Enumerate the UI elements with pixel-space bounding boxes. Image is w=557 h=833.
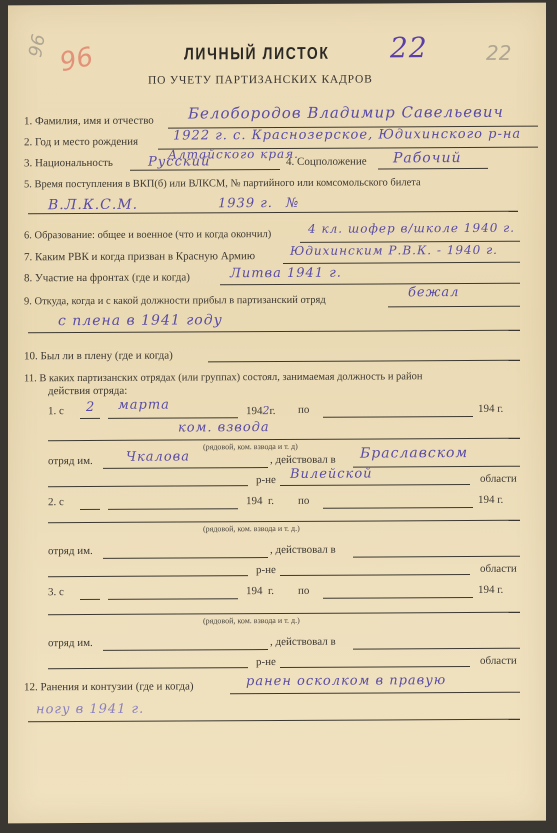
value-birth: 1922 г. с. Краснозерское, Юдихинского р-… [173,127,521,144]
label-wounds: 12. Ранения и контузии (где и когда) [24,680,194,693]
label-full-name: 1. Фамилия, имя и отчество [24,115,154,128]
entry-region-label: области [480,655,517,667]
entry-year-from: 194 г. [246,495,274,507]
entry-region-label: области [480,563,517,575]
entry-number: 1. с [48,405,64,417]
label-detachments-cont: действия отряда: [48,385,127,397]
label-conscription: 7. Каким РВК и когда призван в Красную А… [24,250,255,263]
entry-position-hint: (рядовой, ком. взвода и т. д) [203,442,298,451]
value-party-year: 1939 г. [218,196,273,211]
detachment-entry-1: 1. с 2 марта 1942г. по 194 г. ком. взвод… [8,3,546,6]
value-education: 4 кл. шофер в/школе 1940 г. [308,221,515,236]
ink-number-annotation: 22 [390,31,428,64]
label-nationality: 3. Национальность [24,157,113,169]
entry-region-label: области [480,473,517,485]
margin-pencil-note: 96 [25,33,50,59]
entry-position-hint: (рядовой, ком. взвода и т. д.) [203,616,300,626]
label-detachments: 11. В каких партизанских отрядах (или гр… [24,371,422,384]
detachment-entry-2: 2. с 194 г. по 194 г. (рядовой, ком. взв… [8,3,546,6]
entry-position-hint: (рядовой, ком. взвода и т. д.) [203,524,300,534]
entry-position: ком. взвода [178,420,270,435]
value-party-no: № [286,196,299,211]
entry-district: Вилейской [290,466,373,481]
value-wounds: ранен осколком в правую [246,673,446,689]
value-conscription: Юдихинским Р.В.К. - 1940 г. [290,243,498,258]
label-fronts: 8. Участие на фронтах (где и когда) [24,271,190,284]
entry-detachment: Чкалова [126,449,190,464]
page-subtitle: ПО УЧЕТУ ПАРТИЗАНСКИХ КАДРОВ [148,73,373,86]
entry-year-to: 194 г. [478,584,503,596]
entry-month: марта [118,398,170,413]
entry-to: по [298,404,309,416]
detachment-entry-3: 3. с 194 г. по 194 г. (рядовой, ком. взв… [8,3,546,6]
entry-acted-in: Браславском [360,445,468,462]
entry-detachment-label: отряд им. [48,637,93,649]
label-birth: 2. Год и место рождения [24,136,138,149]
value-wounds-cont: ногу в 1941 г. [36,702,144,718]
label-social-status: 4. Соцположение [286,156,367,168]
entry-year-to: 194 г. [478,494,503,506]
label-education: 6. Образование: общее и военное (что и к… [24,229,271,241]
value-arrival: бежал [408,285,459,300]
entry-year-from: 1942г. [246,404,276,417]
value-party-org: В.Л.К.С.М. [48,197,138,213]
entry-to: по [298,585,309,597]
entry-to: по [298,495,309,507]
pencil-number-annotation: 22 [486,41,511,65]
entry-acted-label: , действовал в [270,454,336,466]
personal-record-sheet: 96 96 ЛИЧНЫЙ ЛИСТОК 22 22 ПО УЧЕТУ ПАРТИ… [8,3,546,824]
value-fronts: Литва 1941 г. [230,266,342,282]
entry-year-to: 194 г. [478,403,503,415]
red-pencil-number: 96 [57,42,96,78]
label-party: 5. Время поступления в ВКП(б) или ВЛКСМ,… [24,177,421,190]
entry-number: 3. с [48,586,64,598]
label-arrival: 9. Откуда, когда и с какой должности при… [24,295,326,308]
page-title: ЛИЧНЫЙ ЛИСТОК [184,44,330,65]
entry-number: 2. с [48,496,64,508]
value-full-name: Белобородов Владимир Савельевич [188,103,504,123]
entry-detachment-label: отряд им. [48,455,93,467]
value-arrival-cont: с плена в 1941 году [58,312,223,329]
entry-detachment-label: отряд им. [48,545,93,557]
entry-day: 2 [86,400,95,415]
entry-district-label: р-не [256,474,276,486]
label-captivity: 10. Был ли в плену (где и когда) [24,350,173,363]
value-nationality: Русский [148,154,210,169]
entry-year-from: 194 г. [246,585,274,597]
entry-acted-label: , действовал в [270,636,336,648]
value-social-status: Рабочий [393,150,461,166]
entry-district-label: р-не [256,564,276,576]
entry-acted-label: , действовал в [270,544,336,556]
entry-district-label: р-не [256,656,276,668]
